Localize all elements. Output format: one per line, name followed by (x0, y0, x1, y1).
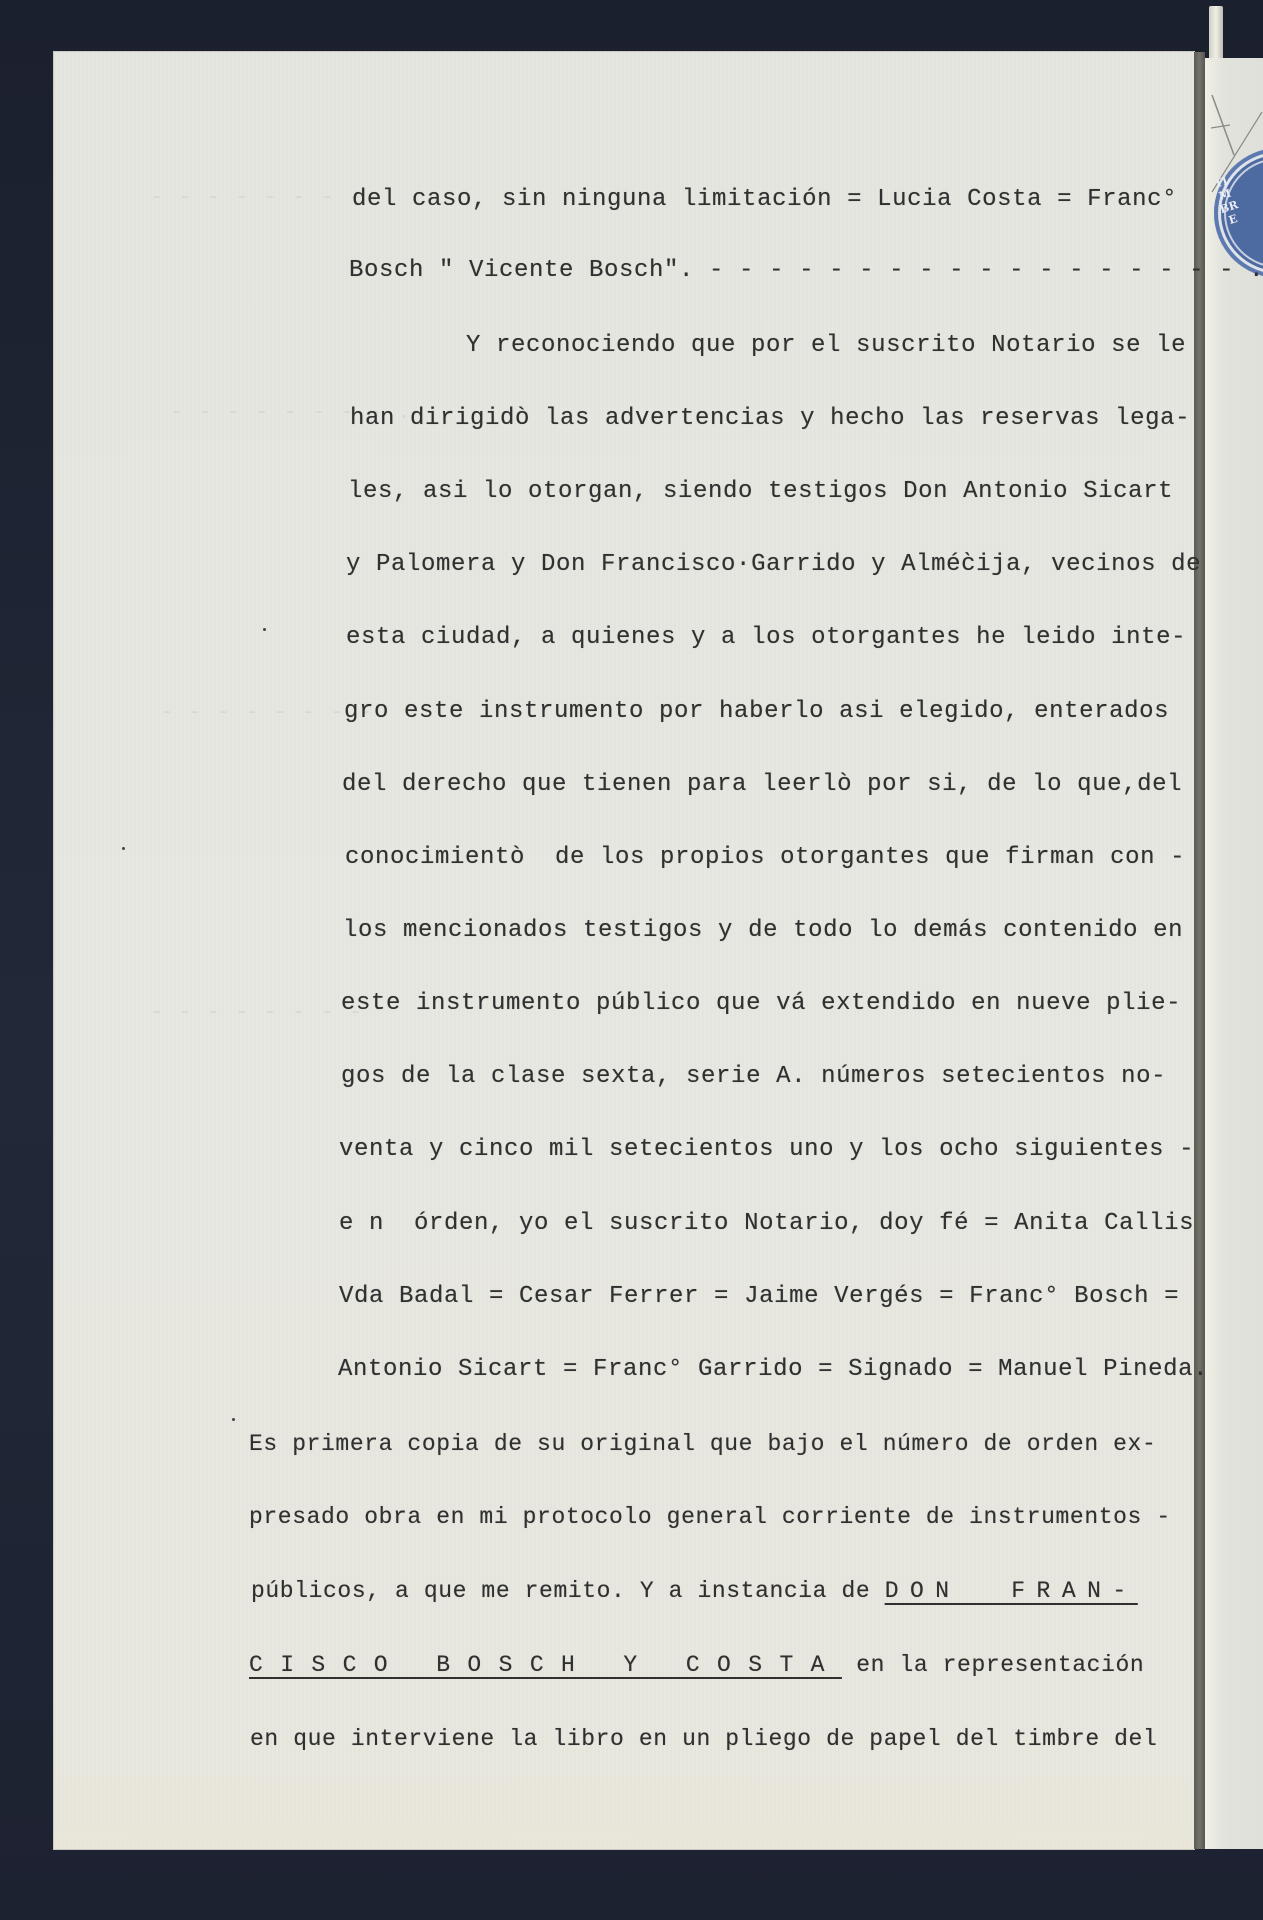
text-line: este instrumento público que vá extendid… (341, 989, 1181, 1019)
text-line: CISCO BOSCH Y COSTA en la representación (249, 1650, 1144, 1680)
text-line: públicos, a que me remito. Y a instancia… (251, 1576, 1138, 1606)
text-line: gro este instrumento por haberlo asi ele… (344, 697, 1169, 727)
text-line: del derecho que tienen para leerlò por s… (342, 770, 1182, 800)
text-line: Bosch ″ Vicente Bosch". - - - - - - - - … (349, 256, 1263, 286)
text-line: gos de la clase sexta, serie A. números … (341, 1062, 1166, 1092)
text-line: Vda Badal = Cesar Ferrer = Jaime Vergés … (339, 1282, 1179, 1312)
typewritten-text: del caso, sin ninguna limitación = Lucia… (0, 0, 1263, 1920)
text-segment: en la representación (842, 1652, 1144, 1678)
text-line: presado obra en mi protocolo general cor… (249, 1502, 1171, 1532)
text-line: conocimientò de los propios otorgantes q… (345, 843, 1185, 873)
ink-speck (263, 628, 266, 631)
text-line: Antonio Sicart = Franc° Garrido = Signad… (338, 1355, 1208, 1385)
text-line: Es primera copia de su original que bajo… (249, 1429, 1156, 1459)
text-line: en que interviene la libro en un pliego … (250, 1724, 1157, 1754)
underlined-name: DON FRAN- (885, 1578, 1138, 1604)
text-line: les, asi lo otorgan, siendo testigos Don… (348, 477, 1173, 507)
text-line: han dirigidò las advertencias y hecho la… (350, 404, 1190, 434)
ink-speck (232, 1418, 235, 1421)
text-line: e n órden, yo el suscrito Notario, doy f… (339, 1209, 1194, 1239)
text-line: Y reconociendo que por el suscrito Notar… (466, 331, 1186, 361)
text-line: venta y cinco mil setecientos uno y los … (339, 1135, 1194, 1165)
text-line: los mencionados testigos y de todo lo de… (343, 916, 1183, 946)
text-line: del caso, sin ninguna limitación = Lucia… (352, 185, 1192, 215)
underlined-name: CISCO BOSCH Y COSTA (249, 1652, 842, 1678)
text-segment: públicos, a que me remito. Y a instancia… (251, 1578, 885, 1604)
text-line: y Palomera y Don Francisco·Garrido y Alm… (346, 550, 1201, 580)
text-line: esta ciudad, a quienes y a los otorgante… (346, 623, 1186, 653)
ink-speck (122, 847, 125, 850)
